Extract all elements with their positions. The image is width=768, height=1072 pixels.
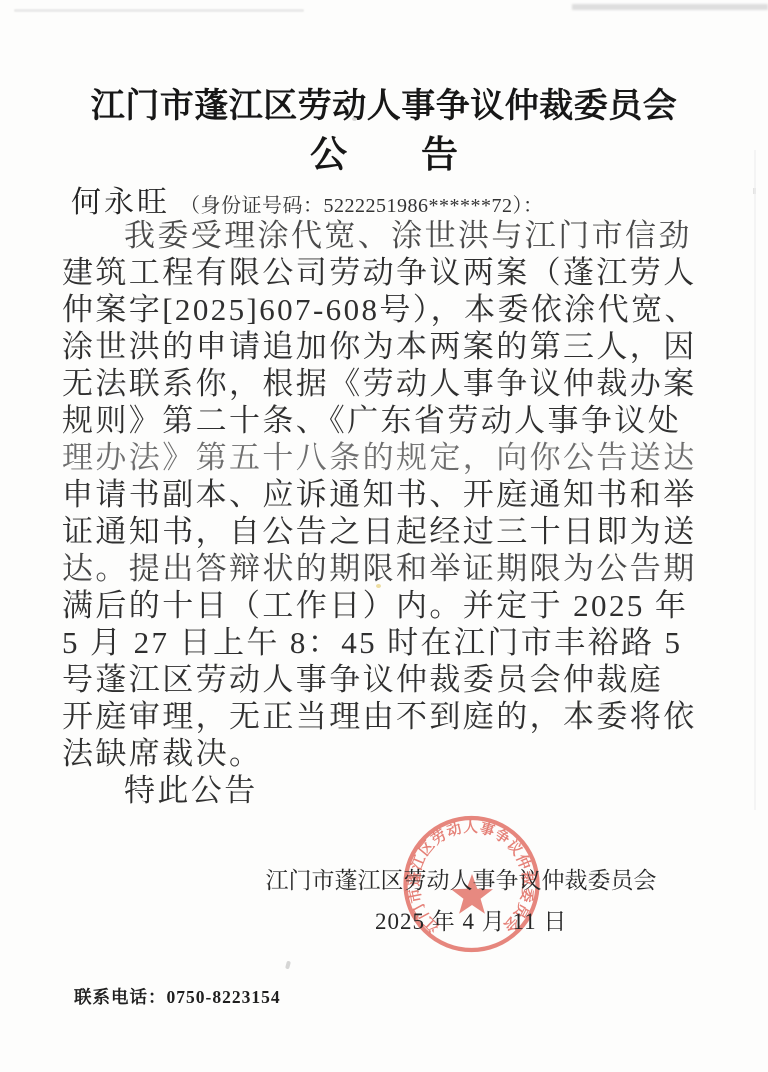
body-line: 法缺席裁决。	[62, 735, 722, 772]
scan-artifact-top-left	[14, 9, 304, 12]
contact-phone: 联系电话：0750-8223154	[74, 984, 281, 1009]
body-line: 无法联系你，根据《劳动人事争议仲裁办案	[62, 365, 722, 402]
body-line: 证通知书，自公告之日起经过三十日即为送	[62, 513, 722, 550]
body-line: 我委受理涂代宽、涂世洪与江门市信劲	[62, 217, 722, 254]
scan-speck	[285, 961, 291, 970]
body-line: 理办法》第五十八条的规定，向你公告送达	[62, 439, 722, 476]
body-line: 仲案字[2025]607-608号），本委依涂代宽、	[62, 291, 722, 328]
committee-title: 江门市蓬江区劳动人事争议仲裁委员会	[0, 78, 768, 127]
notice-body: 我委受理涂代宽、涂世洪与江门市信劲建筑工程有限公司劳动争议两案（蓬江劳人仲案字[…	[62, 217, 722, 809]
signature-date: 2025 年 4 月 11 日	[375, 903, 530, 936]
body-line: 号蓬江区劳动人事争议仲裁委员会仲裁庭	[62, 661, 722, 698]
signature-committee-name: 江门市蓬江区劳动人事争议仲裁委员会	[263, 862, 659, 895]
recipient-name: 何永旺	[71, 186, 170, 219]
scan-speck	[753, 188, 756, 194]
recipient-line: 何永旺 （身份证号码：5222251986******72）：	[71, 177, 544, 221]
scan-edge-streak	[754, 150, 756, 810]
notice-heading: 公 告	[0, 124, 768, 178]
body-line: 特此公告	[62, 772, 722, 809]
scanned-notice-page: 江门市蓬江区劳动人事争议仲裁委员会 公 告 何永旺 （身份证号码：5222251…	[0, 0, 768, 1072]
scan-artifact-top-right	[572, 4, 768, 10]
body-line: 申请书副本、应诉通知书、开庭通知书和举	[62, 476, 722, 513]
body-line: 规则》第二十条、《广东省劳动人事争议处	[62, 402, 722, 439]
body-line: 达。提出答辩状的期限和举证期限为公告期	[62, 550, 722, 587]
body-line: 建筑工程有限公司劳动争议两案（蓬江劳人	[62, 254, 722, 291]
body-line: 满后的十日（工作日）内。并定于 2025 年	[62, 587, 722, 624]
recipient-id-number: （身份证号码：5222251986******72）：	[180, 195, 544, 217]
body-line: 5 月 27 日上午 8：45 时在江门市丰裕路 5	[62, 624, 722, 661]
body-line: 涂世洪的申请追加你为本两案的第三人，因	[62, 328, 722, 365]
body-line: 开庭审理，无正当理由不到庭的，本委将依	[62, 698, 722, 735]
